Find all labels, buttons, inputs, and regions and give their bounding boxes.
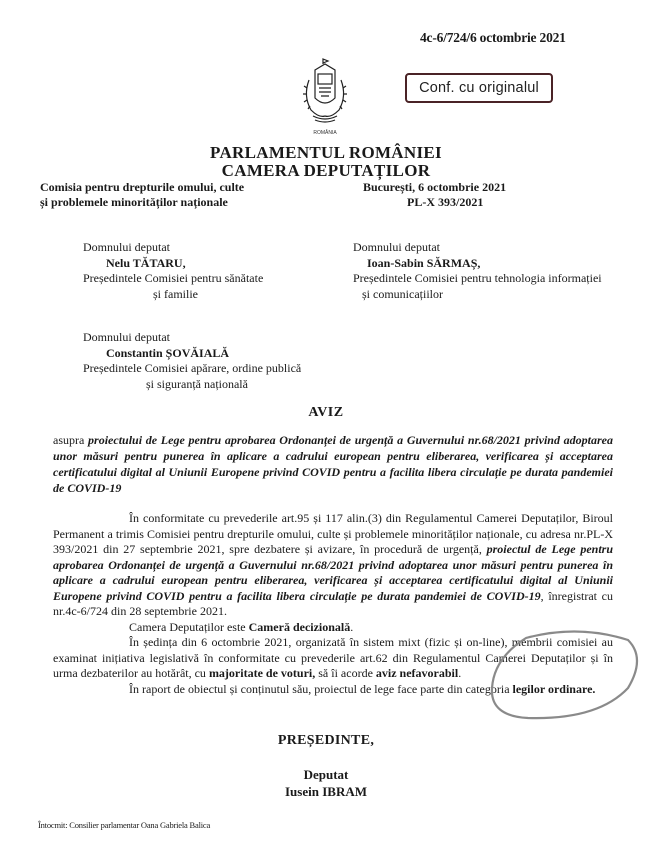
signatory-name: Iusein IBRAM — [0, 784, 652, 800]
paragraph-2-text: Camera Deputaților este — [129, 620, 249, 634]
prepared-by-footer: Întocmit: Consilier parlamentar Oana Gab… — [38, 820, 210, 830]
date-line: București, 6 octombrie 2021 — [363, 180, 506, 195]
paragraph-3-mid: să îi acorde — [315, 666, 376, 680]
subject-bill-title: proiectului de Lege pentru aprobarea Ord… — [53, 433, 613, 495]
document-reference-number: 4c-6/724/6 octombrie 2021 — [420, 30, 566, 46]
addressee-greeting: Domnului deputat — [83, 240, 263, 256]
aviz-subject: asupra proiectului de Lege pentru aproba… — [53, 432, 613, 496]
addressee-3: Domnului deputat Constantin ȘOVĂIALĂ Pre… — [83, 330, 301, 392]
addressee-greeting: Domnului deputat — [353, 240, 602, 256]
conformity-stamp: Conf. cu originalul — [405, 73, 553, 103]
committee-line-1: Comisia pentru drepturile omului, culte — [40, 180, 244, 195]
paragraph-1: În conformitate cu prevederile art.95 și… — [53, 511, 613, 620]
decisional-chamber: Cameră decizională — [249, 620, 351, 634]
addressee-name: Ioan-Sabin SĂRMAȘ, — [353, 256, 602, 272]
handwritten-circle-annotation — [478, 628, 643, 728]
addressee-1: Domnului deputat Nelu TĂTARU, Președinte… — [83, 240, 263, 302]
addressee-role: Președintele Comisiei apărare, ordine pu… — [83, 361, 301, 377]
svg-text:ROMÂNIA: ROMÂNIA — [313, 129, 337, 136]
addressee-role-cont: și familie — [83, 287, 263, 303]
subject-prefix: asupra — [53, 433, 88, 447]
paragraph-4-text: În raport de obiectul și conținutul său,… — [129, 682, 513, 696]
addressee-role-cont: și comunicațiilor — [353, 287, 602, 303]
addressee-role: Președintele Comisiei pentru tehnologia … — [353, 271, 602, 287]
aviz-heading: AVIZ — [0, 405, 652, 421]
aviz-decision: aviz nefavorabil — [376, 666, 458, 680]
parliament-emblem-icon: ROMÂNIA — [297, 58, 353, 138]
paragraph-2-end: . — [350, 620, 353, 634]
signatory-role: Deputat — [0, 767, 652, 783]
addressee-greeting: Domnului deputat — [83, 330, 301, 346]
place-and-date: București, 6 octombrie 2021 PL-X 393/202… — [363, 180, 506, 210]
addressee-name: Nelu TĂTARU, — [83, 256, 263, 272]
addressee-role-cont: și siguranță națională — [83, 377, 301, 393]
paragraph-3-end: . — [458, 666, 461, 680]
addressee-2: Domnului deputat Ioan-Sabin SĂRMAȘ, Preș… — [353, 240, 602, 302]
committee-name: Comisia pentru drepturile omului, culte … — [40, 180, 244, 210]
vote-majority: majoritate de voturi, — [209, 666, 315, 680]
signature-title: PREȘEDINTE, — [0, 733, 652, 749]
institution-title: PARLAMENTUL ROMÂNIEI — [0, 143, 652, 163]
committee-line-2: și problemele minorităților naționale — [40, 195, 244, 210]
file-number: PL-X 393/2021 — [363, 195, 506, 210]
addressee-name: Constantin ȘOVĂIALĂ — [83, 346, 301, 362]
addressee-role: Președintele Comisiei pentru sănătate — [83, 271, 263, 287]
chamber-title: CAMERA DEPUTAȚILOR — [0, 161, 652, 181]
